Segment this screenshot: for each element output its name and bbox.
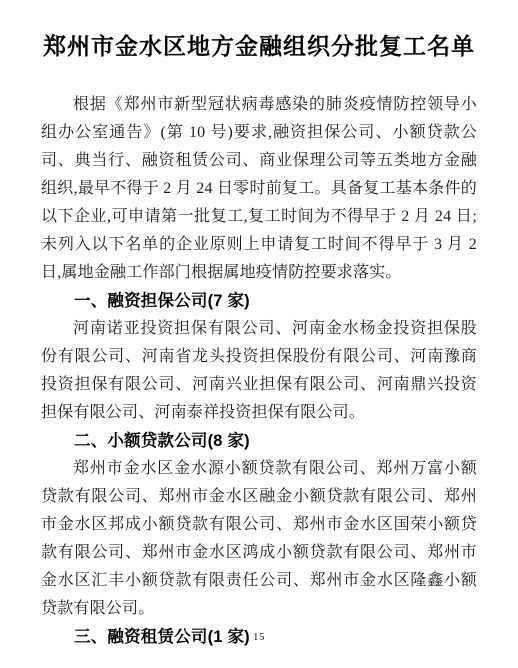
section-body-guarantee-companies: 河南诺亚投资担保有限公司、河南金水杨金投资担保股份有限公司、河南省龙头投资担保股… [41,315,477,427]
section-heading-microloan-companies: 二、小额贷款公司(8 家) [41,427,477,455]
document-body: 根据《郑州市新型冠状病毒感染的肺炎疫情防控领导小组办公室通告》(第 10 号)要… [41,91,477,651]
section-heading-guarantee-companies: 一、融资担保公司(7 家) [41,287,477,315]
intro-paragraph: 根据《郑州市新型冠状病毒感染的肺炎疫情防控领导小组办公室通告》(第 10 号)要… [41,91,477,287]
document-page: 郑州市金水区地方金融组织分批复工名单 根据《郑州市新型冠状病毒感染的肺炎疫情防控… [0,0,518,668]
page-number: 15 [0,631,518,643]
section-body-microloan-companies: 郑州市金水区金水源小额贷款有限公司、郑州万富小额贷款有限公司、郑州市金水区融金小… [41,455,477,623]
document-title: 郑州市金水区地方金融组织分批复工名单 [0,15,518,62]
